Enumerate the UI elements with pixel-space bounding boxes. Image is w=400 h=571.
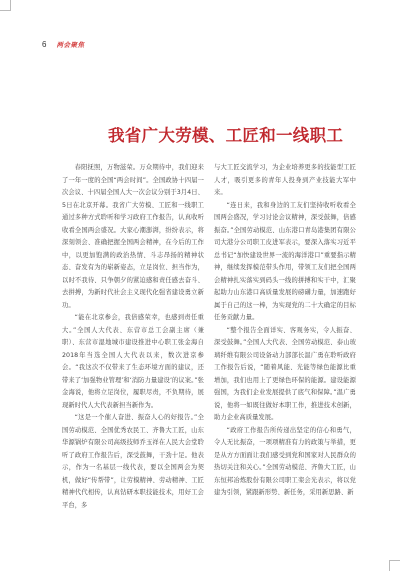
paragraph: “政府工作报告所传递出坚定的信心和勇气，令人无比振奋，一项项精准有力的政策与举措… bbox=[214, 425, 356, 500]
page-header: 6 两会聚焦 bbox=[42, 40, 84, 49]
paragraph: 春阳抚照，万物滋荣。万众期待中，我们迎来了一年一度的全国“两会时间”。全国政协十… bbox=[62, 162, 204, 312]
right-column: 与大工匠交流学习，为企业培养更多的技能型工匠人才，吸引更多的青年人投身到产业技能… bbox=[214, 162, 356, 512]
crop-mark-bottom-right bbox=[389, 560, 400, 571]
paragraph: “连日来，我和身边的工友们坚持收听收看全国两会盛况，学习讨论会议精神，深受鼓舞，… bbox=[214, 200, 356, 325]
paragraph: 与大工匠交流学习，为企业培养更多的技能型工匠人才，吸引更多的青年人投身到产业技能… bbox=[214, 162, 356, 200]
article-body: 春阳抚照，万物滋荣。万众期待中，我们迎来了一年一度的全国“两会时间”。全国政协十… bbox=[62, 162, 356, 512]
paragraph: “整个报告全面详实、客观务实，令人振奋、深受鼓舞。”全国人大代表、全国劳动模范、… bbox=[214, 325, 356, 425]
paragraph: “这是一个催人奋进、振奋人心的好报告。”全国劳动模范、全国优秀农民工、齐鲁大工匠… bbox=[62, 412, 204, 512]
article-title: 我省广大劳模、工匠和一线职工 bbox=[108, 122, 358, 146]
page-number: 6 bbox=[42, 40, 46, 49]
paragraph: “能在北京参会，我倍感荣幸，也感到责任重大。”全国人大代表、东营市总工会副主席（… bbox=[62, 312, 204, 412]
crop-mark-top-left bbox=[0, 0, 11, 11]
section-name: 两会聚焦 bbox=[56, 40, 84, 49]
left-column: 春阳抚照，万物滋荣。万众期待中，我们迎来了一年一度的全国“两会时间”。全国政协十… bbox=[62, 162, 204, 512]
